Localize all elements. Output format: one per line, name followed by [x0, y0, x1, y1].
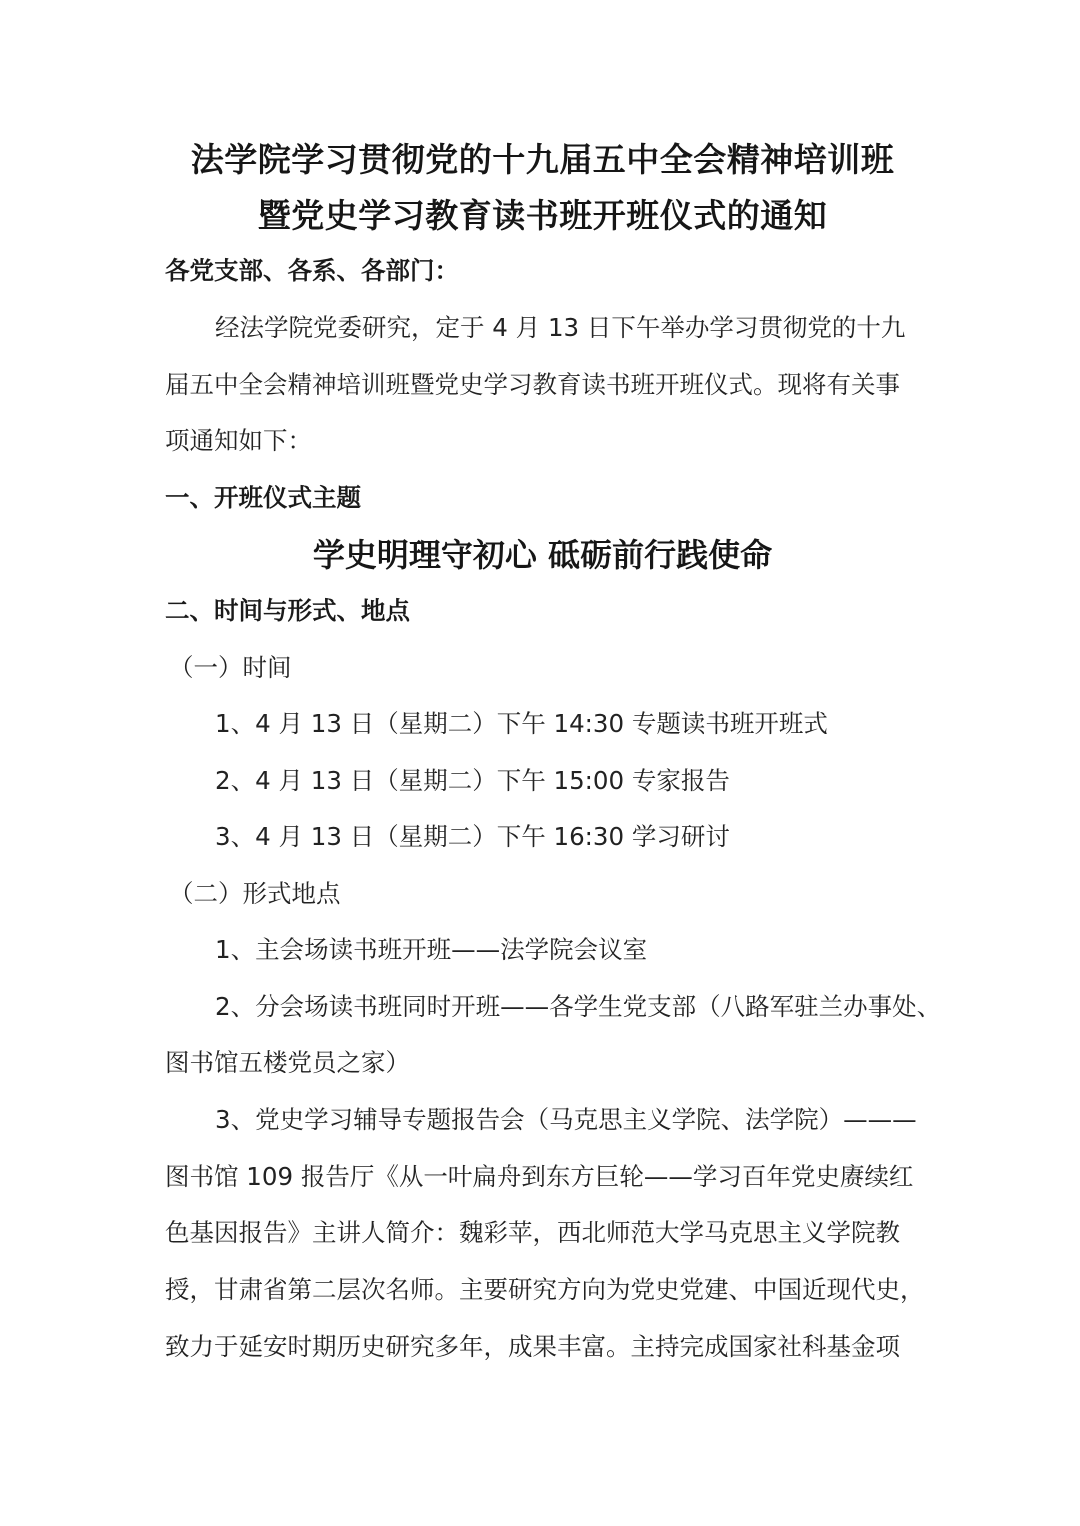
addressee: 各党支部、各系、各部门： — [165, 251, 920, 291]
venue-item-continuation: 图书馆 109 报告厅《从一叶扁舟到东方巨轮——学习百年党史赓续红 — [165, 1157, 920, 1197]
venue-item-continuation: 色基因报告》主讲人简介：魏彩苹，西北师范大学马克思主义学院教 — [165, 1213, 920, 1253]
venue-item: 1、主会场读书班开班——法学院会议室 — [165, 930, 920, 970]
schedule-item: 2、4 月 13 日（星期二）下午 15:00 专家报告 — [165, 761, 920, 801]
intro-paragraph-line: 项通知如下： — [165, 421, 920, 461]
venue-item-continuation: 致力于延安时期历史研究多年，成果丰富。主持完成国家社科基金项 — [165, 1327, 920, 1367]
intro-paragraph-line: 届五中全会精神培训班暨党史学习教育读书班开班仪式。现将有关事 — [165, 365, 920, 405]
document-title-line-2: 暨党史学习教育读书班开班仪式的通知 — [165, 196, 920, 236]
venue-item-continuation: 授，甘肃省第二层次名师。主要研究方向为党史党建、中国近现代史， — [165, 1270, 920, 1310]
document-title-line-1: 法学院学习贯彻党的十九届五中全会精神培训班 — [165, 140, 920, 180]
section-2-heading: 二、时间与形式、地点 — [165, 591, 920, 631]
venue-item-continuation: 图书馆五楼党员之家） — [165, 1043, 920, 1083]
schedule-item: 1、4 月 13 日（星期二）下午 14:30 专题读书班开班式 — [165, 704, 920, 744]
venue-item: 3、党史学习辅导专题报告会（马克思主义学院、法学院）——— — [165, 1100, 920, 1140]
venue-item: 2、分会场读书班同时开班——各学生党支部（八路军驻兰办事处、 — [165, 987, 920, 1027]
time-subheading: （一）时间 — [165, 648, 920, 688]
intro-paragraph-line: 经法学院党委研究，定于 4 月 13 日下午举办学习贯彻党的十九 — [165, 308, 920, 348]
ceremony-theme: 学史明理守初心 砥砺前行践使命 — [165, 535, 920, 575]
schedule-item: 3、4 月 13 日（星期二）下午 16:30 学习研讨 — [165, 817, 920, 857]
section-1-heading: 一、开班仪式主题 — [165, 478, 920, 518]
venue-subheading: （二）形式地点 — [165, 874, 920, 914]
